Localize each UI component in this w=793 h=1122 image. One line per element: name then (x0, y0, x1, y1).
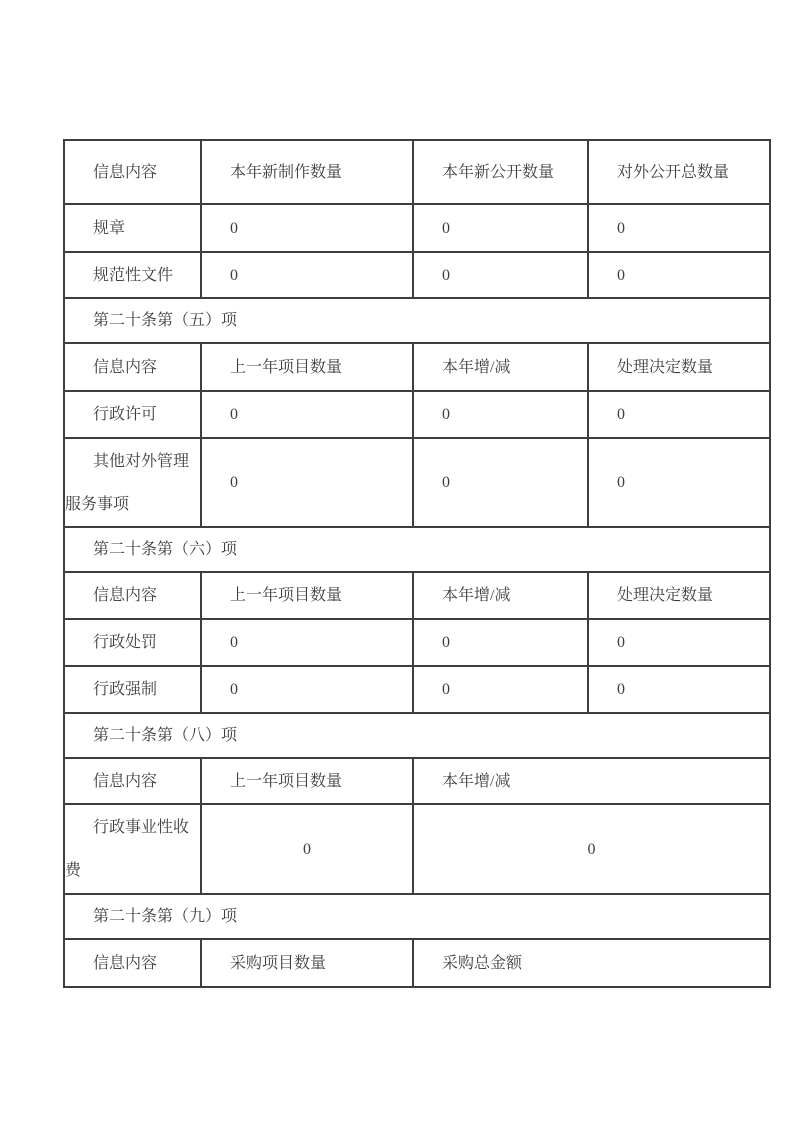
document-page: { "document": { "background": "#ffffff",… (0, 0, 793, 1122)
value-cell: 0 (201, 391, 413, 438)
column-header-cell: 信息内容 (64, 572, 201, 619)
value-cell: 0 (201, 252, 413, 298)
section-title-row: 第二十条第（八）项 (64, 713, 770, 758)
table-header-row: 信息内容 上一年项目数量 本年增/减 处理决定数量 (64, 572, 770, 619)
value-cell: 0 (201, 804, 413, 894)
value-cell: 0 (413, 804, 770, 894)
column-header-cell: 对外公开总数量 (588, 140, 770, 204)
column-header-cell: 本年增/减 (413, 572, 588, 619)
table-header-row: 信息内容 本年新制作数量 本年新公开数量 对外公开总数量 (64, 140, 770, 204)
section-title-row: 第二十条第（六）项 (64, 527, 770, 572)
column-header-cell: 信息内容 (64, 758, 201, 804)
value-cell: 0 (588, 619, 770, 666)
data-row: 规章 0 0 0 (64, 204, 770, 252)
value-cell: 0 (588, 252, 770, 298)
column-header-cell: 本年增/减 (413, 343, 588, 391)
column-header-cell: 信息内容 (64, 140, 201, 204)
column-header-cell: 信息内容 (64, 343, 201, 391)
value-cell: 0 (588, 666, 770, 713)
column-header-cell: 上一年项目数量 (201, 572, 413, 619)
row-label-cell: 行政强制 (64, 666, 201, 713)
row-label-cell: 规范性文件 (64, 252, 201, 298)
data-row: 行政事业性收费 0 0 (64, 804, 770, 894)
value-cell: 0 (413, 252, 588, 298)
column-header-cell: 本年新制作数量 (201, 140, 413, 204)
data-row: 行政处罚 0 0 0 (64, 619, 770, 666)
row-label-cell: 行政处罚 (64, 619, 201, 666)
column-header-cell: 处理决定数量 (588, 572, 770, 619)
value-cell: 0 (413, 391, 588, 438)
value-cell: 0 (201, 204, 413, 252)
row-label-cell: 规章 (64, 204, 201, 252)
value-cell: 0 (201, 438, 413, 527)
value-cell: 0 (201, 666, 413, 713)
section-title: 第二十条第（八）项 (64, 713, 770, 758)
value-cell: 0 (413, 438, 588, 527)
row-label-cell: 行政许可 (64, 391, 201, 438)
value-cell: 0 (588, 204, 770, 252)
column-header-cell: 上一年项目数量 (201, 343, 413, 391)
data-row: 规范性文件 0 0 0 (64, 252, 770, 298)
column-header-cell: 采购总金额 (413, 939, 770, 987)
value-cell: 0 (413, 666, 588, 713)
data-row: 行政强制 0 0 0 (64, 666, 770, 713)
value-cell: 0 (201, 619, 413, 666)
table-header-row: 信息内容 上一年项目数量 本年增/减 (64, 758, 770, 804)
header-serif-suffix: /减 (490, 587, 510, 604)
table-header-row: 信息内容 上一年项目数量 本年增/减 处理决定数量 (64, 343, 770, 391)
disclosure-report-table: 信息内容 本年新制作数量 本年新公开数量 对外公开总数量 规章 0 0 0 规范… (63, 139, 771, 988)
value-cell: 0 (413, 204, 588, 252)
table-header-row: 信息内容 采购项目数量 采购总金额 (64, 939, 770, 987)
row-label-cell: 行政事业性收费 (64, 804, 201, 894)
row-label-cell: 其他对外管理服务事项 (64, 438, 201, 527)
header-serif-suffix: /减 (490, 773, 510, 790)
column-header-cell: 处理决定数量 (588, 343, 770, 391)
value-cell: 0 (588, 438, 770, 527)
data-row: 行政许可 0 0 0 (64, 391, 770, 438)
section-title-row: 第二十条第（五）项 (64, 298, 770, 343)
column-header-cell: 采购项目数量 (201, 939, 413, 987)
section-title: 第二十条第（九）项 (64, 894, 770, 939)
value-cell: 0 (413, 619, 588, 666)
section-title: 第二十条第（六）项 (64, 527, 770, 572)
value-cell: 0 (588, 391, 770, 438)
section-title-row: 第二十条第（九）项 (64, 894, 770, 939)
column-header-cell: 上一年项目数量 (201, 758, 413, 804)
column-header-cell: 本年新公开数量 (413, 140, 588, 204)
column-header-cell: 本年增/减 (413, 758, 770, 804)
section-title: 第二十条第（五）项 (64, 298, 770, 343)
column-header-cell: 信息内容 (64, 939, 201, 987)
data-row: 其他对外管理服务事项 0 0 0 (64, 438, 770, 527)
header-serif-suffix: /减 (490, 359, 510, 376)
